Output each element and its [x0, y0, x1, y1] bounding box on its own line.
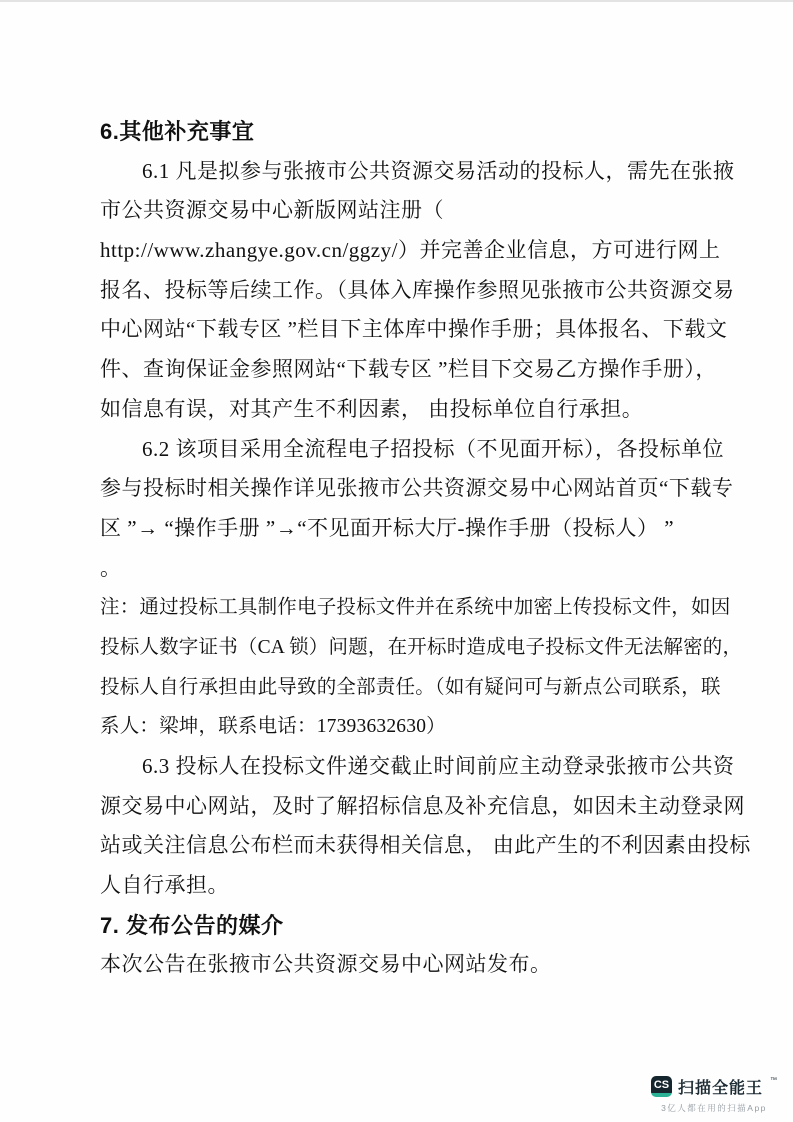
scanned-document-page: 6.其他补充事宜 6.1 凡是拟参与张掖市公共资源交易活动的投标人，需先在张掖 … — [0, 0, 793, 1122]
paragraph-6-2-line: 参与投标时相关操作详见张掖市公共资源交易中心网站首页“下载专 — [100, 469, 705, 509]
paragraph-6-1-line: 市公共资源交易中心新版网站注册（ — [100, 191, 705, 231]
note-paragraph-line: 注：通过投标工具制作电子投标文件并在系统中加密上传投标文件，如因 — [100, 588, 705, 628]
section-7-heading: 7. 发布公告的媒介 — [100, 906, 705, 946]
note-paragraph-line: 投标人自行承担由此导致的全部责任。（如有疑问可与新点公司联系，联 — [100, 668, 705, 708]
paragraph-6-3-line: 人自行承担。 — [100, 866, 705, 906]
paragraph-6-2-line: 。 — [100, 549, 705, 589]
paragraph-6-1-line: 6.1 凡是拟参与张掖市公共资源交易活动的投标人，需先在张掖 — [100, 152, 705, 192]
paragraph-6-3-line: 6.3 投标人在投标文件递交截止时间前应主动登录张掖市公共资 — [100, 747, 705, 787]
camscanner-tagline: 3亿人都在用的扫描App — [661, 1102, 767, 1114]
document-body: 6.其他补充事宜 6.1 凡是拟参与张掖市公共资源交易活动的投标人，需先在张掖 … — [100, 112, 705, 985]
note-paragraph-line: 投标人数字证书（CA 锁）问题，在开标时造成电子投标文件无法解密的， — [100, 628, 705, 668]
paragraph-6-1-line: 中心网站“下载专区 ”栏目下主体库中操作手册；具体报名、下载文 — [100, 310, 705, 350]
camscanner-app-icon: CS — [651, 1076, 672, 1097]
paragraph-6-2-line: 6.2 该项目采用全流程电子招投标（不见面开标），各投标单位 — [100, 430, 705, 470]
cs-icon-letters: CS — [651, 1076, 672, 1093]
cs-icon-accent-strip — [651, 1093, 672, 1097]
paragraph-6-2-line: 区 ”→ “操作手册 ”→“不见面开标大厅-操作手册（投标人） ” — [100, 509, 705, 549]
paragraph-6-1-line: 报名、投标等后续工作。（具体入库操作参照见张掖市公共资源交易 — [100, 271, 705, 311]
paragraph-6-3-line: 源交易中心网站，及时了解招标信息及补充信息，如因未主动登录网 — [100, 787, 705, 827]
camscanner-app-name: 扫描全能王 — [678, 1075, 763, 1098]
paragraph-6-3-line: 站或关注信息公布栏而未获得相关信息， 由此产生的不利因素由投标 — [100, 826, 705, 866]
scan-edge-artifact — [0, 0, 793, 2]
note-paragraph-line-contact: 系人：梁坤，联系电话：17393632630） — [100, 707, 705, 747]
trademark-symbol: ™ — [770, 1077, 777, 1084]
section-6-heading: 6.其他补充事宜 — [100, 112, 705, 152]
paragraph-7-line: 本次公告在张掖市公共资源交易中心网站发布。 — [100, 945, 705, 985]
camscanner-watermark: CS 扫描全能王 ™ 3亿人都在用的扫描App — [651, 1075, 777, 1114]
paragraph-6-1-line: 如信息有误，对其产生不利因素， 由投标单位自行承担。 — [100, 390, 705, 430]
paragraph-6-1-line: 件、查询保证金参照网站“下载专区 ”栏目下交易乙方操作手册）， — [100, 350, 705, 390]
camscanner-logo-row: CS 扫描全能王 ™ — [651, 1075, 777, 1098]
paragraph-6-1-line-url: http://www.zhangye.gov.cn/ggzy/）并完善企业信息，… — [100, 231, 705, 271]
